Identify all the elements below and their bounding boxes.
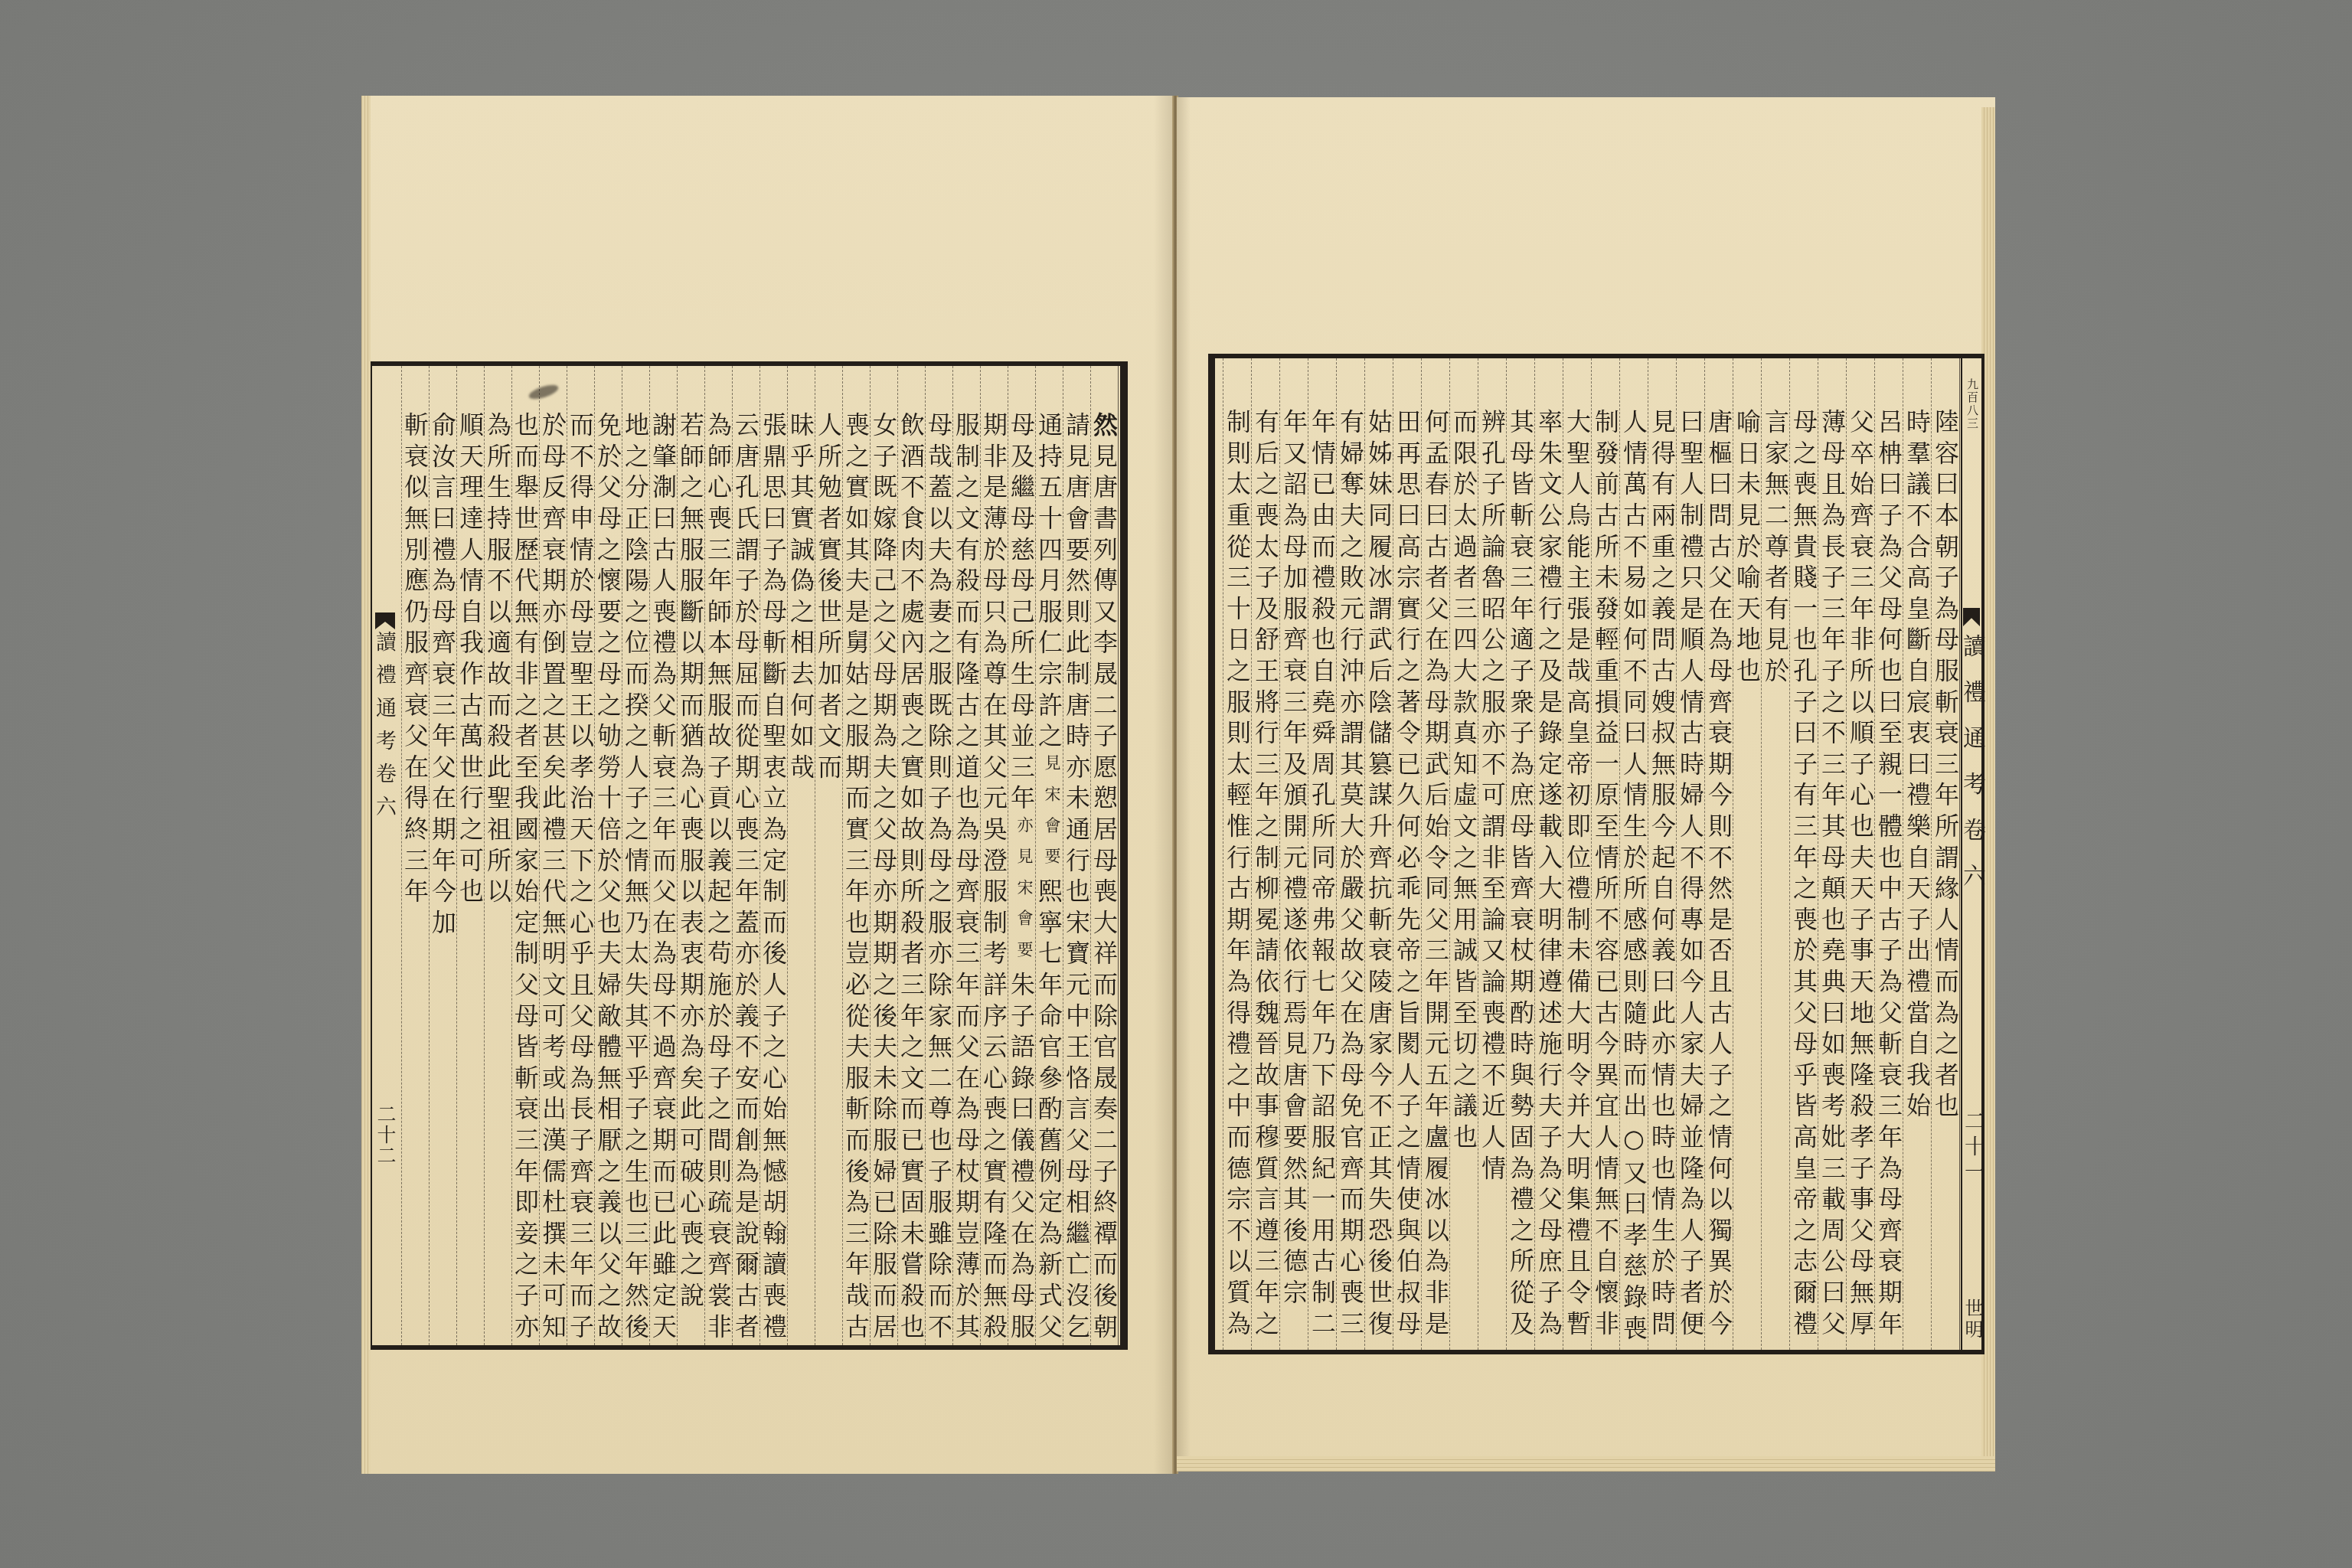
column-text: 期非是薄於母只為尊在其父元吳澄服制考詳序云心喪之實有隆而無殺 (979, 412, 1008, 1344)
source-annotation: 見宋會要 (1043, 754, 1061, 878)
column-text: 人所勉者實後世所加者文而 (814, 412, 843, 785)
column-text: 何孟春曰古者父在為母期武后始令同父三年開元五年盧履冰以為非是 (1421, 409, 1450, 1341)
text-column: 呂柟曰子為父母何也曰至親一體也中古子為父斬衰三年為母齊衰期年 (1874, 358, 1903, 1350)
text-column: 年又詔為母加服齊衰三年及頒開元禮遂依行焉見唐會要然其後德宗 (1279, 358, 1308, 1350)
column-text: 時羣議不合高皇斷自宸衷曰禮樂自天子出禮當自我始 (1903, 409, 1932, 1124)
text-column: 母哉蓋以夫為妻之服既除則子為母之服亦除家無二尊也子服雖除而不 (925, 366, 952, 1345)
text-column: 人所勉者實後世所加者文而 (815, 366, 842, 1345)
text-column: 地之分正陰陽之位而揆之人子之情無乃太失其平乎子之生也三年然後 (622, 366, 649, 1345)
text-column: 張鼎思曰子為母斬斷自聖衷立為定制而後人子之心始無憾胡翰讀喪禮 (759, 366, 787, 1345)
text-column: 女子既嫁降己之父母期為夫之父母亦期期之後夫未除服婦已除服而居 (870, 366, 897, 1345)
column-text: 喪之實如其夫是舅姑之服期而實三年也豈必從夫服斬而後為三年哉古 (841, 412, 871, 1344)
left-page-edge-stack (361, 96, 371, 1474)
text-column: 制發前古所未發輕重損益一原至情所不容已古今異宜人情無不自懷非 (1591, 358, 1619, 1350)
text-column: 何孟春曰古者父在為母期武后始令同父三年開元五年盧履冰以為非是 (1421, 358, 1449, 1350)
column-text: 俞汝言曰禮為母齊衰三年父在期年今加 (428, 412, 457, 940)
text-column: 飲酒不食肉不處內居喪之實如故則所殺者三年之文而已實固未嘗殺也 (897, 366, 925, 1345)
text-column: 服制之文有殺而有隆古之道也為母齊衰三年而父在為母杖期豈薄於其 (952, 366, 980, 1345)
column-text: 為所生持服不以適故而殺此聖祖所以 (483, 412, 512, 910)
text-column: 喪之實如其夫是舅姑之服期而實三年也豈必從夫服斬而後為三年哉古 (842, 366, 870, 1345)
text-column: 而不得申情於母豈聖王以孝治天下之心乎且父母為長子齊衰三年而子 (567, 366, 594, 1345)
text-column: 謝肇淛曰古人喪禮為父斬衰三年而父在為母不過齊衰期而已此雖定天 (649, 366, 677, 1345)
column-text: 年情已由而禮殺也自堯舜周孔所同帝弗報七年乃下詔服紀一用古制二 (1308, 409, 1337, 1341)
page-number: 二十一 (1962, 1110, 1982, 1186)
text-column: 順天理達人情自我作古萬世行之可也 (456, 366, 484, 1345)
column-text: 請見唐會要然則此制唐時亦未通行也宋寶元中王恪言父母相繼亡沒乞 (1062, 412, 1091, 1344)
column-text: 地之分正陰陽之位而揆之人子之情無乃太失其平乎子之生也三年然後 (621, 412, 650, 1344)
column-text: 母之喪無貴賤一也孔子曰子有三年之喪於其父母乎皆高皇帝之志爾禮 (1789, 409, 1818, 1341)
text-column: 為師心喪三年師本無服故子貢以義起之苟施於母子之間則疏衰齊裳非 (704, 366, 732, 1345)
column-text: 為師心喪三年師本無服故子貢以義起之苟施於母子之間則疏衰齊裳非 (704, 412, 733, 1344)
text-column: 時羣議不合高皇斷自宸衷曰禮樂自天子出禮當自我始 (1903, 358, 1931, 1350)
column-text: 飲酒不食肉不處內居喪之實如故則所殺者三年之文而已實固未嘗殺也 (897, 412, 926, 1344)
right-page-gutter: 九百八三 讀禮通考卷六 二十一 世明 (1961, 358, 1981, 1350)
gutter-title: 讀禮通考卷六 (1960, 634, 1983, 910)
text-column: 請見唐會要然則此制唐時亦未通行也宋寶元中王恪言父母相繼亡沒乞 (1063, 366, 1090, 1345)
column-text: 制發前古所未發輕重損益一原至情所不容已古今異宜人情無不自懷非 (1591, 409, 1620, 1341)
column-text: 而不得申情於母豈聖王以孝治天下之心乎且父母為長子齊衰三年而子 (566, 412, 595, 1344)
text-column: 昧乎其實誠偽之相去何如哉 (787, 366, 815, 1345)
text-column: 若師之無服服斷以期而猶為心喪服以表衷期亦為矣此可破心喪之說 (677, 366, 704, 1345)
left-page-gutter: 讀禮通考卷六 二十二 (372, 366, 400, 1345)
text-column: 母及繼母慈母己所生母並三年亦見宋會要朱子語錄曰儀禮父在為母服 (1008, 366, 1035, 1345)
column-text: 薄母且為長子三年子之不三年其母顛也堯典曰如喪考妣三載周公曰父 (1818, 409, 1847, 1341)
column-text: 謝肇淛曰古人喪禮為父斬衰三年而父在為母不過齊衰期而已此雖定天 (648, 412, 678, 1344)
column-text: 人情萬古不易如何不同曰人情生於所感感則隨時而出○又曰孝慈錄喪 (1619, 409, 1648, 1346)
right-page-text-block: 陸容曰本朝子為母服斬衰三年所謂緣人情而為之者也 時羣議不合高皇斷自宸衷曰禮樂自天… (1223, 358, 1960, 1350)
text-column: 田再思曰高宗實行之著令已久何必乖先帝之旨閡人子之情使與伯叔母 (1393, 358, 1421, 1350)
column-text: 也而舉世歷代無有非之者至我國家始定制父母皆斬衰三年即妾之子亦 (511, 412, 540, 1344)
bottom-page-edge-stack (1177, 1456, 1995, 1472)
fishtail-mark-icon (375, 612, 395, 629)
fishtail-mark-icon (1963, 608, 1980, 626)
text-column: 制則太重從三十日之服則太輕惟行古期年為得禮之中而德宗不以質為 (1223, 358, 1251, 1350)
text-column: 為所生持服不以適故而殺此聖祖所以 (484, 366, 511, 1345)
column-text: 云唐孔氏謂子於母屈而從期心喪三年蓋亦於義不安而創為是說爾古者 (731, 412, 760, 1344)
column-text: 喻日未見於喻天地也 (1733, 409, 1762, 688)
gutter-title: 讀禮通考卷六 (372, 631, 395, 828)
text-column: 唐樞曰問古父在為母齊衰期今則不然是否且古人子之情何以獨異於今 (1704, 358, 1733, 1350)
text-column: 斬衰似無別應仍服齊衰父在得終三年 (401, 366, 429, 1345)
column-text: 田再思曰高宗實行之著令已久何必乖先帝之旨閡人子之情使與伯叔母 (1393, 409, 1422, 1341)
column-text: 昧乎其實誠偽之相去何如哉 (786, 412, 815, 785)
column-text: 有婦奪夫之敗元行沖亦謂其莫大於嚴父故父在為母免官齊而期心喪三 (1336, 409, 1365, 1341)
text-column: 年情已由而禮殺也自堯舜周孔所同帝弗報七年乃下詔服紀一用古制二 (1308, 358, 1336, 1350)
column-text: 唐樞曰問古父在為母齊衰期今則不然是否且古人子之情何以獨異於今 (1704, 409, 1733, 1341)
text-column: 見得有兩重之義問古嫂叔無服今起自何義曰此亦情也時也情生於時問 (1648, 358, 1676, 1350)
column-text: 若師之無服服斷以期而猶為心喪服以表衷期亦為矣此可破心喪之說 (676, 412, 705, 1313)
text-column: 姑姊妹同履冰謂武后陰儲篡謀升齊抗斬衰陵唐家今不正其失恐後世復 (1364, 358, 1393, 1350)
text-column: 期非是薄於母只為尊在其父元吳澄服制考詳序云心喪之實有隆而無殺 (980, 366, 1008, 1345)
column-text: 通持五十四月服仁宗許之 (1034, 412, 1063, 754)
text-column: 於母反齊衰期亦倒置之甚矣此禮三代無明文可考或出漢儒杜撰未可知 (539, 366, 567, 1345)
gutter-top-note: 九百八三 (1965, 378, 1979, 430)
column-text: 朱子語錄曰儀禮父在為母服 (1007, 972, 1036, 1344)
column-text: 女子既嫁降己之父母期為夫之父母亦期期之後夫未除服婦已除服而居 (869, 412, 898, 1344)
text-column: 喻日未見於喻天地也 (1733, 358, 1761, 1350)
column-text: 熙寧七年命官參酌舊例定為新式父 (1034, 878, 1063, 1344)
column-text: 而限於太過者三四大款真知虛文之無用誠皆至切之議也 (1449, 409, 1478, 1155)
text-column: 通持五十四月服仁宗許之見宋會要熙寧七年命官參酌舊例定為新式父 (1035, 366, 1063, 1345)
column-text: 父卒始齊衰三年非所以順子心也夫天子事天地無隆殺孝子事父母無厚 (1846, 409, 1875, 1341)
page-number: 二十二 (374, 1104, 397, 1166)
text-column: 也而舉世歷代無有非之者至我國家始定制父母皆斬衰三年即妾之子亦 (511, 366, 539, 1345)
column-text: 服制之文有殺而有隆古之道也為母齊衰三年而父在為母杖期豈薄於其 (952, 412, 981, 1344)
column-text: 母及繼母慈母己所生母並三年 (1007, 412, 1036, 816)
column-text: 於母反齊衰期亦倒置之甚矣此禮三代無明文可考或出漢儒杜撰未可知 (538, 412, 567, 1344)
column-text: 辨孔子所論魯昭公之服亦不可謂非至論又論喪禮不近人情 (1478, 409, 1507, 1186)
text-column: 有后之喪太子及舒王將行三年之制柳冕請依魏晉故事穆質言遵三年之 (1251, 358, 1279, 1350)
gutter-bottom-mark: 世明 (1963, 1298, 1981, 1341)
text-column: 免於父母之懷要之母之劬勞十倍於父也夫婦敵體無相厭之義以父之故 (594, 366, 622, 1345)
column-text: 母哉蓋以夫為妻之服既除則子為母之服亦除家無二尊也子服雖除而不 (924, 412, 953, 1344)
column-text: 見得有兩重之義問古嫂叔無服今起自何義曰此亦情也時也情生於時問 (1648, 409, 1677, 1341)
column-text: 見唐書列傳又李晟二子愿愬居母喪大祥而除官晟奏二子終禫而後朝 (1089, 443, 1119, 1344)
column-text: 陸容曰本朝子為母服斬衰三年所謂緣人情而為之者也 (1931, 409, 1960, 1124)
text-column: 陸容曰本朝子為母服斬衰三年所謂緣人情而為之者也 (1931, 358, 1959, 1350)
text-column: 其母皆斬衰三年適子衆子為庶母皆齊衰杖期酌時與勢固為禮之所從及 (1506, 358, 1534, 1350)
text-column: 母之喪無貴賤一也孔子曰子有三年之喪於其父母乎皆高皇帝之志爾禮 (1789, 358, 1818, 1350)
text-column: 云唐孔氏謂子於母屈而從期心喪三年蓋亦於義不安而創為是說爾古者 (732, 366, 759, 1345)
text-column: 率朱文公家禮行之及是錄定遂載入大明律遵述施行夫子為父母庶子為 (1534, 358, 1563, 1350)
text-column: 有婦奪夫之敗元行沖亦謂其莫大於嚴父故父在為母免官齊而期心喪三 (1336, 358, 1364, 1350)
column-text: 順天理達人情自我作古萬世行之可也 (456, 412, 485, 910)
text-column: 薄母且為長子三年子之不三年其母顛也堯典曰如喪考妣三載周公曰父 (1818, 358, 1846, 1350)
column-text: 其母皆斬衰三年適子衆子為庶母皆齊衰杖期酌時與勢固為禮之所從及 (1506, 409, 1535, 1341)
column-text: 免於父母之懷要之母之劬勞十倍於父也夫婦敵體無相厭之義以父之故 (593, 412, 622, 1344)
column-text: 呂柟曰子為父母何也曰至親一體也中古子為父斬衰三年為母齊衰期年 (1874, 409, 1903, 1341)
text-column: 大聖人烏能主張是哉高皇帝初即位禮制未備大明令并大明集禮且令暫 (1563, 358, 1591, 1350)
column-text: 張鼎思曰子為母斬斷自聖衷立為定制而後人子之心始無憾胡翰讀喪禮 (759, 412, 788, 1344)
column-text: 言家無二尊者有見於 (1761, 409, 1790, 688)
text-column: 父卒始齊衰三年非所以順子心也夫天子事天地無隆殺孝子事父母無厚 (1846, 358, 1874, 1350)
text-column: 俞汝言曰禮為母齊衰三年父在期年今加 (429, 366, 456, 1345)
column-text: 曰聖人制禮只是順人情古時婦人不得專如今人家夫婦並隆為人子者便 (1676, 409, 1705, 1341)
text-column: 然見唐書列傳又李晟二子愿愬居母喪大祥而除官晟奏二子終禫而後朝 (1090, 366, 1118, 1345)
column-text: 姑姊妹同履冰謂武后陰儲篡謀升齊抗斬衰陵唐家今不正其失恐後世復 (1364, 409, 1393, 1341)
column-text: 大聖人烏能主張是哉高皇帝初即位禮制未備大明令并大明集禮且令暫 (1563, 409, 1592, 1341)
column-text: 率朱文公家禮行之及是錄定遂載入大明律遵述施行夫子為父母庶子為 (1534, 409, 1563, 1341)
text-column: 曰聖人制禮只是順人情古時婦人不得專如今人家夫婦並隆為人子者便 (1676, 358, 1704, 1350)
column-text: 制則太重從三十日之服則太輕惟行古期年為得禮之中而德宗不以質為 (1223, 409, 1252, 1341)
column-text: 有后之喪太子及舒王將行三年之制柳冕請依魏晉故事穆質言遵三年之 (1251, 409, 1280, 1341)
text-column: 而限於太過者三四大款真知虛文之無用誠皆至切之議也 (1449, 358, 1478, 1350)
left-page-text-block: 然見唐書列傳又李晟二子愿愬居母喪大祥而除官晟奏二子終禫而後朝 請見唐會要然則此制… (401, 366, 1119, 1345)
column-text: 年又詔為母加服齊衰三年及頒開元禮遂依行焉見唐會要然其後德宗 (1279, 409, 1308, 1310)
text-column: 言家無二尊者有見於 (1761, 358, 1789, 1350)
text-column: 辨孔子所論魯昭公之服亦不可謂非至論又論喪禮不近人情 (1478, 358, 1506, 1350)
source-annotation: 亦見宋會要 (1015, 816, 1034, 972)
column-text: 斬衰似無別應仍服齊衰父在得終三年 (400, 412, 430, 910)
column-lead-char: 然 (1089, 412, 1119, 443)
text-column: 人情萬古不易如何不同曰人情生於所感感則隨時而出○又曰孝慈錄喪 (1619, 358, 1648, 1350)
